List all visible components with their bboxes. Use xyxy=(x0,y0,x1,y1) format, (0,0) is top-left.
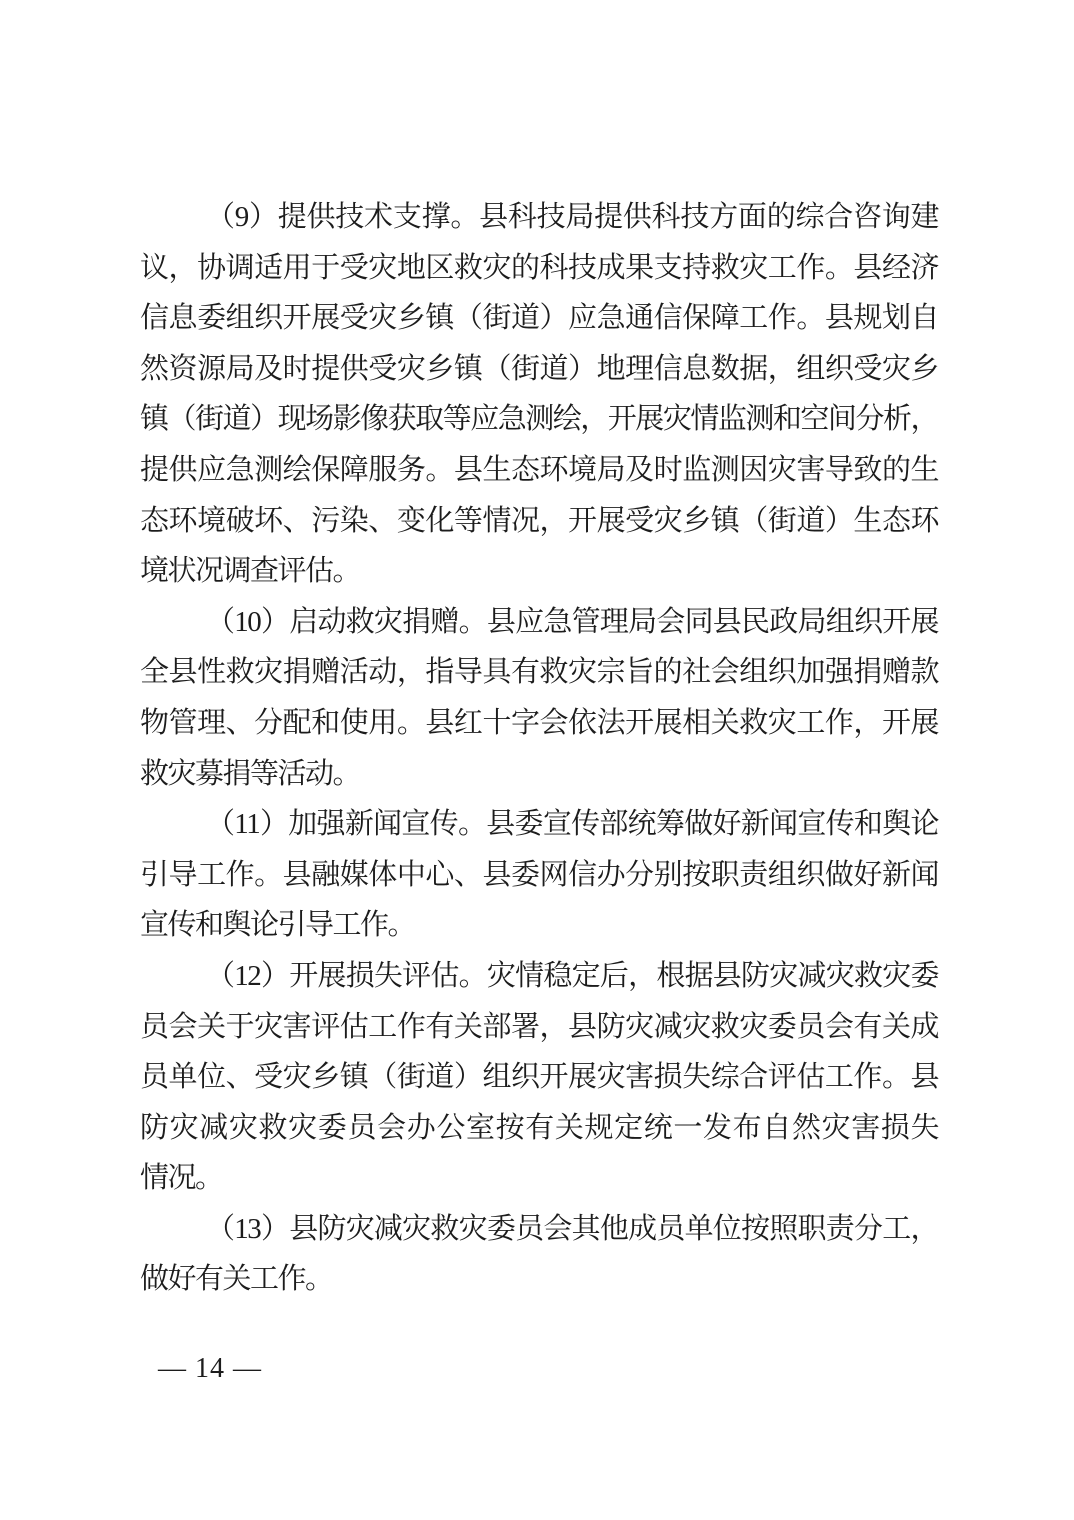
text-line: 提供应急测绘保障服务。县生态环境局及时监测因灾害导致的生 xyxy=(140,445,938,496)
text-line: 宣传和舆论引导工作。 xyxy=(140,900,938,951)
text-line: 全县性救灾捐赠活动，指导具有救灾宗旨的社会组织加强捐赠款 xyxy=(140,647,938,698)
text-line: （9）提供技术支撑。县科技局提供科技方面的综合咨询建 xyxy=(140,192,938,243)
paragraph: （11）加强新闻宣传。县委宣传部统筹做好新闻宣传和舆论引导工作。县融媒体中心、县… xyxy=(140,799,938,951)
text-line: 镇（街道）现场影像获取等应急测绘，开展灾情监测和空间分析， xyxy=(140,394,938,445)
paragraph: （13）县防灾减灾救灾委员会其他成员单位按照职责分工，做好有关工作。 xyxy=(140,1204,938,1305)
text-line: 引导工作。县融媒体中心、县委网信办分别按职责组织做好新闻 xyxy=(140,850,938,901)
text-line: 员单位、受灾乡镇（街道）组织开展灾害损失综合评估工作。县 xyxy=(140,1052,938,1103)
text-line: 议，协调适用于受灾地区救灾的科技成果支持救灾工作。县经济 xyxy=(140,243,938,294)
text-line: （10）启动救灾捐赠。县应急管理局会同县民政局组织开展 xyxy=(140,597,938,648)
text-line: 物管理、分配和使用。县红十字会依法开展相关救灾工作，开展 xyxy=(140,698,938,749)
paragraph: （10）启动救灾捐赠。县应急管理局会同县民政局组织开展全县性救灾捐赠活动，指导具… xyxy=(140,597,938,799)
document-page: （9）提供技术支撑。县科技局提供科技方面的综合咨询建议，协调适用于受灾地区救灾的… xyxy=(0,0,1074,1520)
text-line: （13）县防灾减灾救灾委员会其他成员单位按照职责分工， xyxy=(140,1204,938,1255)
text-line: 救灾募捐等活动。 xyxy=(140,749,938,800)
text-line: 情况。 xyxy=(140,1153,938,1204)
text-line: 然资源局及时提供受灾乡镇（街道）地理信息数据，组织受灾乡 xyxy=(140,344,938,395)
text-line: 态环境破坏、污染、变化等情况，开展受灾乡镇（街道）生态环 xyxy=(140,496,938,547)
text-line: 信息委组织开展受灾乡镇（街道）应急通信保障工作。县规划自 xyxy=(140,293,938,344)
paragraph: （9）提供技术支撑。县科技局提供科技方面的综合咨询建议，协调适用于受灾地区救灾的… xyxy=(140,192,938,597)
text-line: 员会关于灾害评估工作有关部署，县防灾减灾救灾委员会有关成 xyxy=(140,1002,938,1053)
page-number: — 14 — xyxy=(158,1352,262,1386)
text-line: 防灾减灾救灾委员会办公室按有关规定统一发布自然灾害损失 xyxy=(140,1103,938,1154)
document-body: （9）提供技术支撑。县科技局提供科技方面的综合咨询建议，协调适用于受灾地区救灾的… xyxy=(140,192,938,1305)
text-line: （12）开展损失评估。灾情稳定后，根据县防灾减灾救灾委 xyxy=(140,951,938,1002)
text-line: 境状况调查评估。 xyxy=(140,546,938,597)
text-line: （11）加强新闻宣传。县委宣传部统筹做好新闻宣传和舆论 xyxy=(140,799,938,850)
text-line: 做好有关工作。 xyxy=(140,1254,938,1305)
paragraph: （12）开展损失评估。灾情稳定后，根据县防灾减灾救灾委员会关于灾害评估工作有关部… xyxy=(140,951,938,1204)
